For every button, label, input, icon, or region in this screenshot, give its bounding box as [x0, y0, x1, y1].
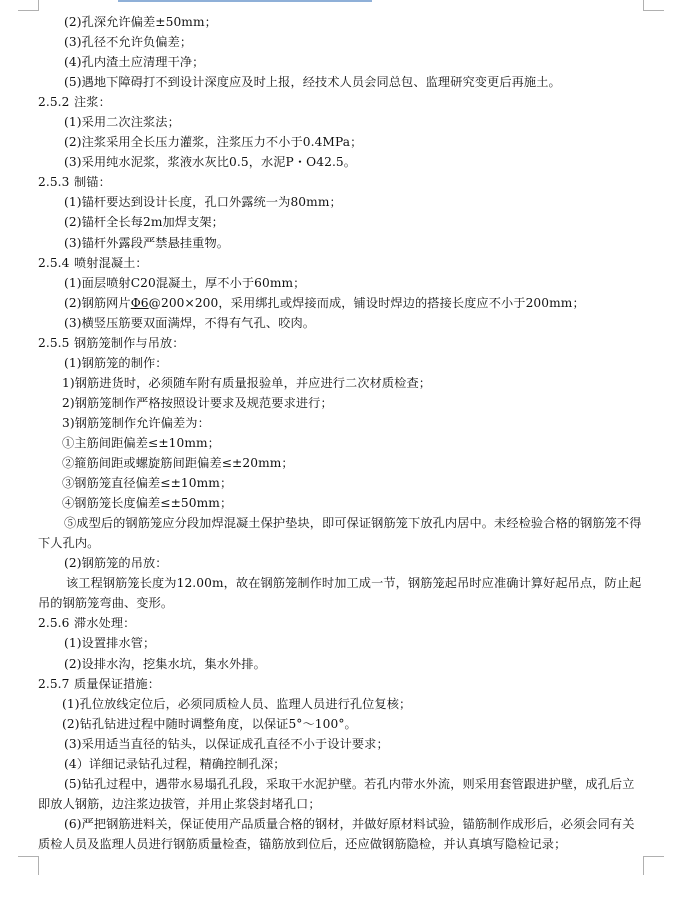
list-item: (4）详细记录钻孔过程，精确控制孔深； — [38, 754, 644, 774]
document-page: (2)孔深允许偏差±50mm； (3)孔径不允许负偏差； (4)孔内渣土应清理干… — [38, 12, 644, 854]
section-number: 2.5.6 — [38, 613, 74, 633]
list-item: (3)横竖压筋要双面满焊，不得有气孔、咬肉。 — [38, 313, 644, 333]
section-title: 制锚： — [74, 175, 111, 189]
list-item: (2)注浆采用全长压力灌浆，注浆压力不小于0.4MPa； — [38, 132, 644, 152]
tolerance-item: ④钢筋笼长度偏差≤±50mm； — [38, 493, 644, 513]
paragraph: ⑤成型后的钢筋笼应分段加焊混凝土保护垫块，即可保证钢筋笼下放孔内居中。未经检验合… — [38, 513, 644, 553]
sub-heading: (2)钢筋笼的吊放： — [38, 553, 644, 573]
paragraph: (5)钻孔过程中，遇带水易塌孔孔段，采取干水泥护壁。若孔内带水外流，则采用套管跟… — [38, 774, 644, 814]
section-title: 钢筋笼制作与吊放： — [74, 336, 185, 350]
list-item: (3)锚杆外露段严禁悬挂重物。 — [38, 233, 644, 253]
section-heading-2-5-4: 2.5.4喷射混凝土： — [38, 253, 644, 273]
list-item: (1)面层喷射C20混凝土，厚不小于60mm； — [38, 273, 644, 293]
section-number: 2.5.5 — [38, 333, 74, 353]
section-title: 质量保证措施： — [74, 677, 160, 691]
page-corner-mark — [643, 0, 664, 11]
item-prefix: (2)钢筋网片 — [64, 296, 131, 310]
tolerance-item: ①主筋间距偏差≤±10mm； — [38, 433, 644, 453]
list-item: 2)钢筋笼制作严格按照设计要求及规范要求进行； — [38, 393, 644, 413]
paragraph: (6)严把钢筋进料关，保证使用产品质量合格的钢材，并做好原材料试验，锚筋制作成形… — [38, 814, 644, 854]
section-title: 喷射混凝土： — [74, 256, 148, 270]
page-corner-mark — [643, 856, 664, 875]
ruler-highlight — [118, 0, 372, 2]
list-item: 3)钢筋笼制作允许偏差为： — [38, 413, 644, 433]
page-corner-mark — [18, 0, 39, 11]
list-item: (2)设排水沟，挖集水坑，集水外排。 — [38, 654, 644, 674]
list-item: (1)锚杆要达到设计长度，孔口外露统一为80mm； — [38, 192, 644, 212]
rebar-symbol: Φ6 — [131, 296, 149, 310]
section-title: 注浆： — [74, 95, 111, 109]
section-number: 2.5.3 — [38, 172, 74, 192]
page-corner-mark — [18, 856, 39, 875]
list-item: (1)设置排水管； — [38, 633, 644, 653]
list-item: (1)孔位放线定位后，必须同质检人员、监理人员进行孔位复核； — [38, 694, 644, 714]
list-item: (2)锚杆全长每2m加焊支架； — [38, 212, 644, 232]
list-item: (3)采用适当直径的钻头，以保证成孔直径不小于设计要求； — [38, 734, 644, 754]
paragraph: (3)孔径不允许负偏差； — [38, 32, 644, 52]
paragraph: (5)遇地下障碍打不到设计深度应及时上报，经技术人员会同总包、监理研究变更后再施… — [38, 72, 644, 92]
paragraph: (4)孔内渣土应清理干净； — [38, 52, 644, 72]
section-number: 2.5.7 — [38, 674, 74, 694]
tolerance-item: ②箍筋间距或螺旋筋间距偏差≤±20mm； — [38, 453, 644, 473]
list-item: (1)采用二次注浆法； — [38, 112, 644, 132]
item-rest: @200×200，采用绑扎或焊接而成，铺设时焊边的搭接长度应不小于200mm； — [149, 296, 585, 310]
section-number: 2.5.2 — [38, 92, 74, 112]
paragraph: 该工程钢筋笼长度为12.00m，故在钢筋笼制作时加工成一节，钢筋笼起吊时应准确计… — [38, 573, 644, 613]
section-heading-2-5-5: 2.5.5钢筋笼制作与吊放： — [38, 333, 644, 353]
section-title: 滞水处理： — [74, 616, 135, 630]
list-item: (3)采用纯水泥浆，浆液水灰比0.5，水泥P・O42.5。 — [38, 152, 644, 172]
list-item: 1)钢筋进货时，必须随车附有质量报验单，并应进行二次材质检查； — [38, 373, 644, 393]
paragraph: (2)孔深允许偏差±50mm； — [38, 12, 644, 32]
section-heading-2-5-3: 2.5.3制锚： — [38, 172, 644, 192]
section-number: 2.5.4 — [38, 253, 74, 273]
section-heading-2-5-7: 2.5.7质量保证措施： — [38, 674, 644, 694]
tolerance-item: ③钢筋笼直径偏差≤±10mm； — [38, 473, 644, 493]
list-item: (2)钢筋网片Φ6@200×200，采用绑扎或焊接而成，铺设时焊边的搭接长度应不… — [38, 293, 644, 313]
list-item: (2)钻孔钻进过程中随时调整角度，以保证5°～100°。 — [38, 714, 644, 734]
section-heading-2-5-2: 2.5.2注浆： — [38, 92, 644, 112]
section-heading-2-5-6: 2.5.6滞水处理： — [38, 613, 644, 633]
sub-heading: (1)钢筋笼的制作： — [38, 353, 644, 373]
